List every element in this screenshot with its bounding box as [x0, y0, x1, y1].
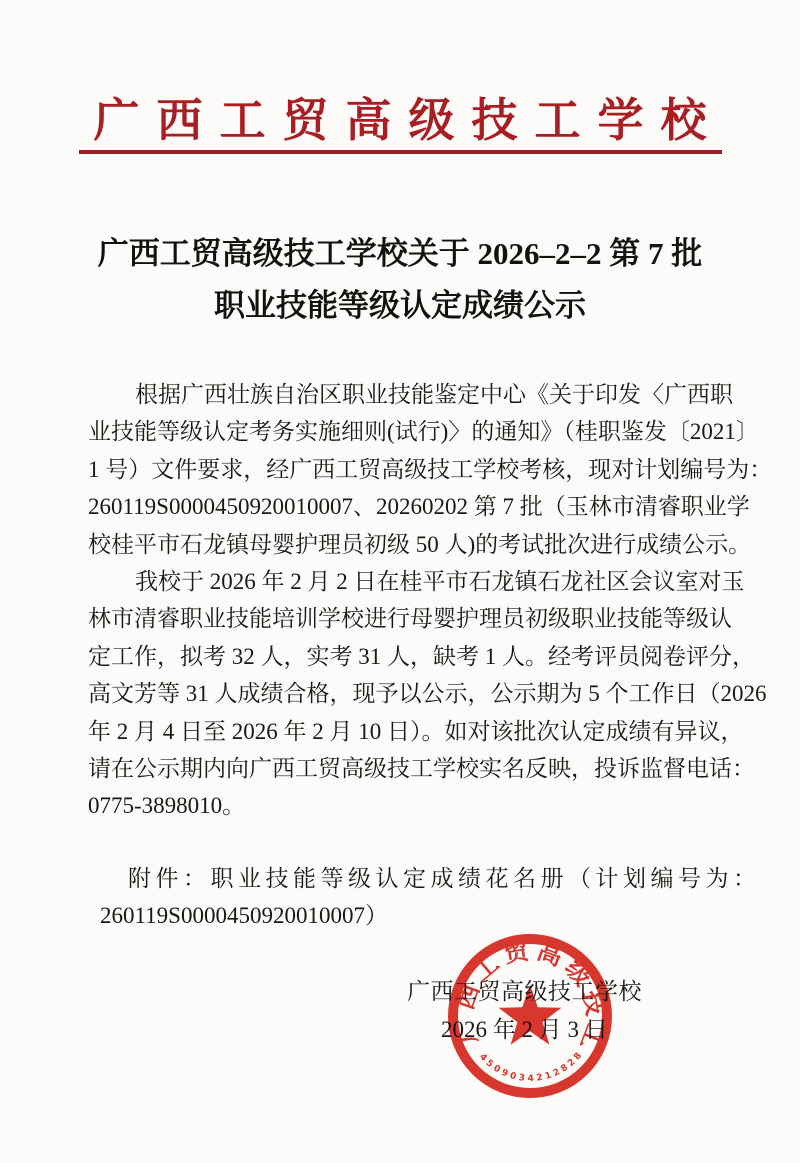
- attachment-note: 附件：职业技能等级认定成绩花名册（计划编号为： 260119S000045092…: [88, 860, 722, 935]
- body-line: 林市清睿职业技能培训学校进行母婴护理员初级职业技能等级认: [88, 600, 722, 637]
- attachment-line1: 附件：职业技能等级认定成绩花名册（计划编号为：: [88, 860, 722, 897]
- body-line: 我校于 2026 年 2 月 2 日在桂平市石龙镇石龙社区会议室对玉: [88, 563, 722, 600]
- body-line: 校桂平市石龙镇母婴护理员初级 50 人)的考试批次进行成绩公示。: [88, 526, 722, 563]
- seal-star-icon: [499, 985, 562, 1045]
- body-line: 根据广西壮族自治区职业技能鉴定中心《关于印发〈广西职: [88, 376, 722, 413]
- body-line: 高文芳等 31 人成绩合格，现予以公示，公示期为 5 个工作日（2026: [88, 675, 722, 712]
- official-red-seal-stamp-icon: 广西工贸高级技工学校 4509034212828: [443, 929, 617, 1103]
- body-line: 260119S0000450920010007、20260202 第 7 批（玉…: [88, 488, 722, 525]
- scanned-notice-document: 广西工贸高级技工学校 广西工贸高级技工学校关于 2026–2–2 第 7 批 职…: [0, 0, 800, 1163]
- body-line: 请在公示期内向广西工贸高级技工学校实名反映，投诉监督电话：: [88, 750, 722, 787]
- body-line: 业技能等级认定考务实施细则(试行)〉的通知》（桂职鉴发〔2021〕: [88, 413, 722, 450]
- body-line: 年 2 月 4 日至 2026 年 2 月 10 日）。如对该批次认定成绩有异议…: [88, 713, 722, 750]
- document-title: 广西工贸高级技工学校关于 2026–2–2 第 7 批 职业技能等级认定成绩公示: [0, 228, 800, 332]
- body-line: 定工作，拟考 32 人，实考 31 人，缺考 1 人。经考评员阅卷评分，: [88, 638, 722, 675]
- letterhead-divider-rule: [79, 150, 722, 154]
- body-line: 0775-3898010。: [88, 787, 722, 824]
- attachment-line2: 260119S0000450920010007）: [88, 897, 722, 934]
- seal-ring-text: 广西工贸高级技工学校: [443, 929, 610, 1058]
- document-title-line2: 职业技能等级认定成绩公示: [0, 280, 800, 332]
- document-title-line1: 广西工贸高级技工学校关于 2026–2–2 第 7 批: [0, 228, 800, 280]
- letterhead-school-name: 广西工贸高级技工学校: [0, 84, 800, 150]
- document-body: 根据广西壮族自治区职业技能鉴定中心《关于印发〈广西职 业技能等级认定考务实施细则…: [88, 376, 722, 825]
- body-line: 1 号）文件要求，经广西工贸高级技工学校考核，现对计划编号为：: [88, 451, 722, 488]
